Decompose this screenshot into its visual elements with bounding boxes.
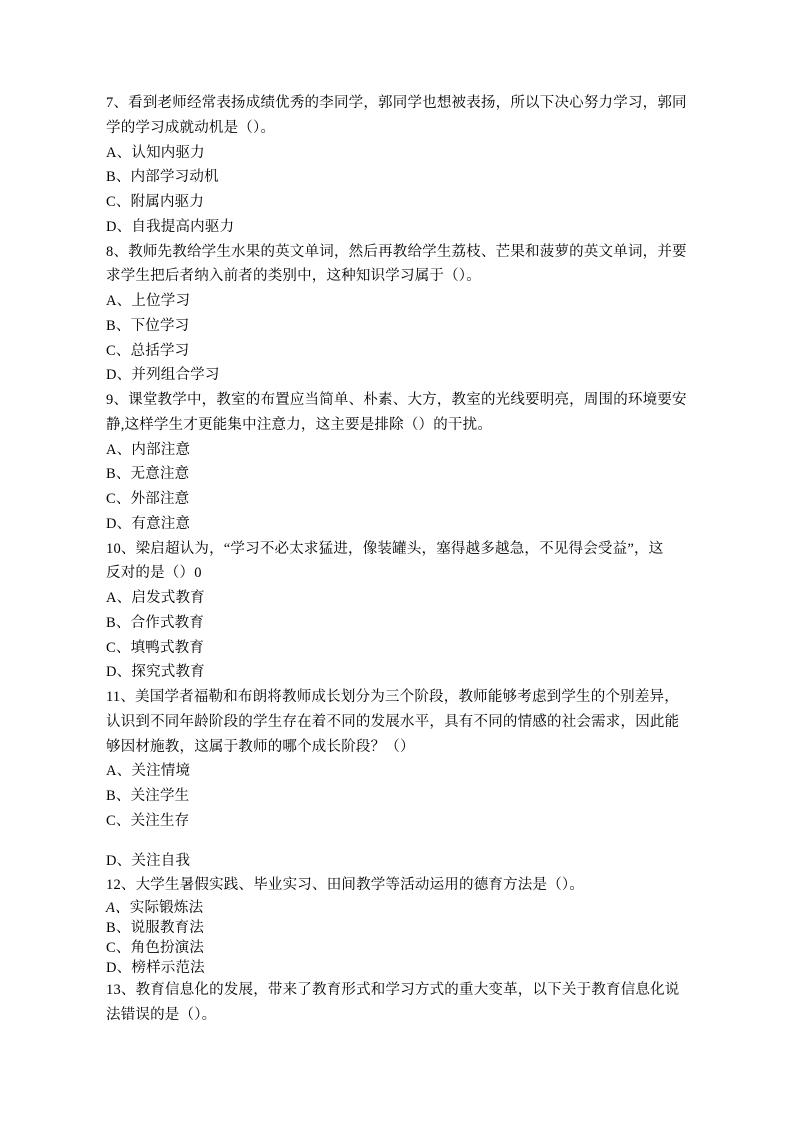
document-page: 7、看到老师经常表扬成绩优秀的李同学，郭同学也想被表扬，所以下决心努力学习，郭同… (106, 91, 726, 1028)
option-a: A、启发式教育 (106, 586, 726, 611)
question-text-line: 7、看到老师经常表扬成绩优秀的李同学，郭同学也想被表扬，所以下决心努力学习，郭同 (106, 91, 726, 116)
question-text-line: 够因材施教，这属于教师的哪个成长阶段？（） (106, 735, 726, 760)
question-block-13: 13、教育信息化的发展，带来了教育形式和学习方式的重大变革，以下关于教育信息化说… (106, 978, 726, 1028)
option-b: B、合作式教育 (106, 611, 726, 636)
question-text-line: 学的学习成就动机是（）。 (106, 116, 726, 141)
question-text-line: 认识到不同年龄阶段的学生存在着不同的发展水平，具有不同的情感的社会需求，因此能 (106, 710, 726, 735)
option-d: D、并列组合学习 (106, 363, 726, 388)
option-a: A、内部注意 (106, 438, 726, 463)
question-text-line: 求学生把后者纳入前者的类别中，这种知识学习属于（）。 (106, 264, 726, 289)
question-block-10: 10、梁启超认为，“学习不必太求猛进，像装罐头，塞得越多越急，不见得会受益”，这… (106, 537, 726, 686)
option-a: A、实际锻炼法 (106, 898, 726, 918)
option-c: C、角色扮演法 (106, 938, 726, 958)
question-text-line: 8、教师先教给学生水果的英文单词，然后再教给学生荔枝、芒果和菠萝的英文单词，并要 (106, 240, 726, 265)
option-a: A、上位学习 (106, 289, 726, 314)
option-d: D、关注自我 (106, 849, 726, 874)
question-block-12: 12、大学生暑假实践、毕业实习、田间教学等活动运用的德育方法是（）。 A、实际锻… (106, 873, 726, 978)
question-block-8: 8、教师先教给学生水果的英文单词，然后再教给学生荔枝、芒果和菠萝的英文单词，并要… (106, 240, 726, 389)
question-text-line: 11、美国学者福勒和布朗将教师成长划分为三个阶段，教师能够考虑到学生的个别差异， (106, 685, 726, 710)
question-block-11: 11、美国学者福勒和布朗将教师成长划分为三个阶段，教师能够考虑到学生的个别差异，… (106, 685, 726, 873)
question-text-line: 13、教育信息化的发展，带来了教育形式和学习方式的重大变革，以下关于教育信息化说 (106, 978, 726, 1003)
option-c: C、附属内驱力 (106, 190, 726, 215)
option-b: B、说服教育法 (106, 918, 726, 938)
question-text-line: 9、课堂教学中，教室的布置应当简单、朴素、大方，教室的光线要明亮，周围的环境要安 (106, 388, 726, 413)
question-text-line: 12、大学生暑假实践、毕业实习、田间教学等活动运用的德育方法是（）。 (106, 873, 726, 898)
option-d: D、探究式教育 (106, 660, 726, 685)
question-block-7: 7、看到老师经常表扬成绩优秀的李同学，郭同学也想被表扬，所以下决心努力学习，郭同… (106, 91, 726, 240)
option-b: B、无意注意 (106, 462, 726, 487)
option-d: D、有意注意 (106, 512, 726, 537)
option-c: C、关注生存 (106, 809, 726, 834)
question-text-line: 反对的是（）0 (106, 561, 726, 586)
question-text-line: 静,这样学生才更能集中注意力，这主要是排除（）的干扰。 (106, 413, 726, 438)
option-d: D、榜样示范法 (106, 958, 726, 978)
option-b: B、内部学习动机 (106, 165, 726, 190)
option-c: C、总括学习 (106, 339, 726, 364)
question-text-line: 10、梁启超认为，“学习不必太求猛进，像装罐头，塞得越多越急，不见得会受益”，这 (106, 537, 726, 562)
option-c: C、填鸭式教育 (106, 636, 726, 661)
option-b: B、关注学生 (106, 784, 726, 809)
option-b: B、下位学习 (106, 314, 726, 339)
question-block-9: 9、课堂教学中，教室的布置应当简单、朴素、大方，教室的光线要明亮，周围的环境要安… (106, 388, 726, 537)
option-c: C、外部注意 (106, 487, 726, 512)
option-a: A、关注情境 (106, 759, 726, 784)
question-text-line: 法错误的是（）。 (106, 1003, 726, 1028)
option-d: D、自我提高内驱力 (106, 215, 726, 240)
option-a: A、认知内驱力 (106, 141, 726, 166)
